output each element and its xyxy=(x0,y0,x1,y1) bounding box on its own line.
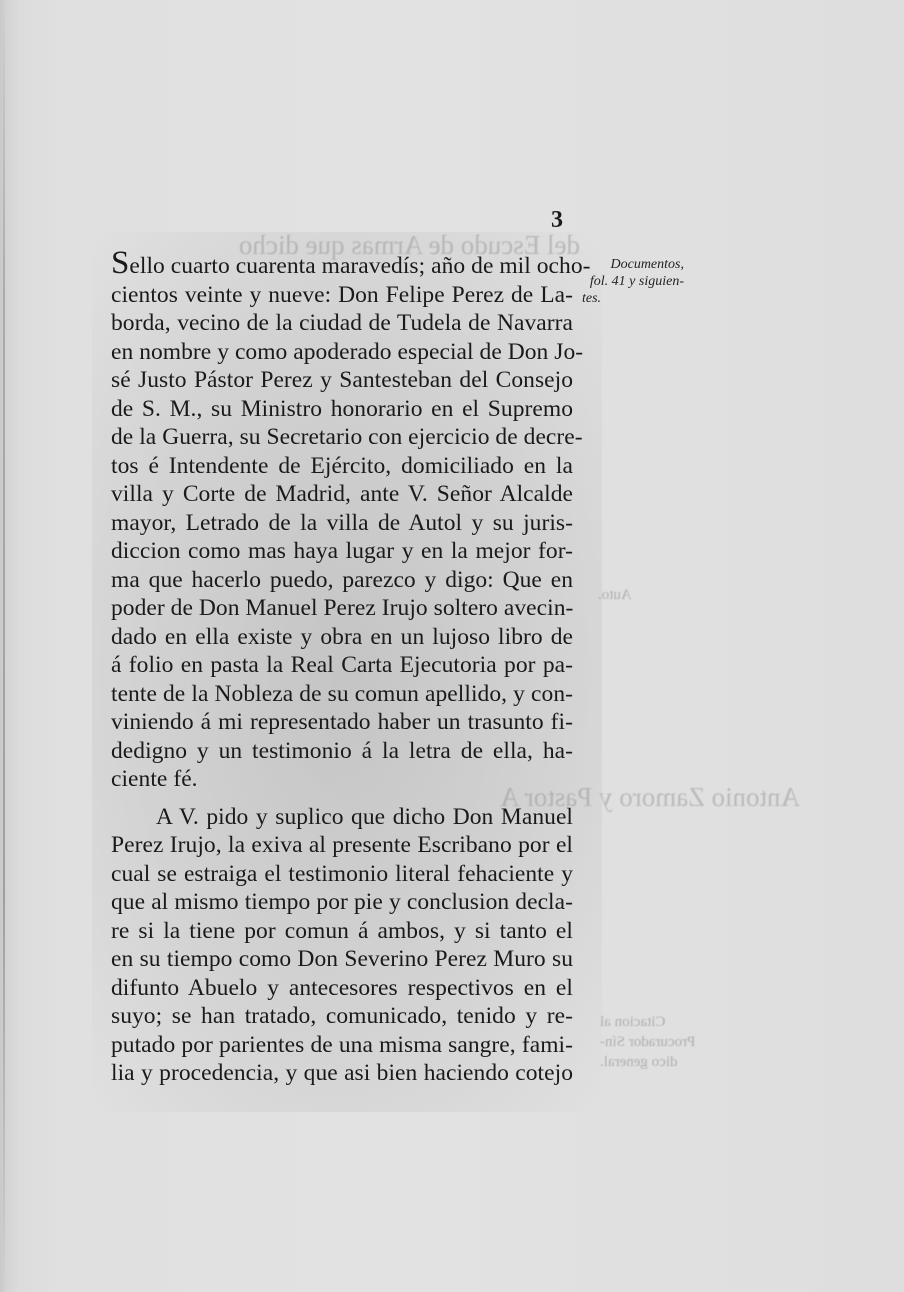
margin-note-line: fol. 41 y siguien- xyxy=(580,273,684,290)
bleed-through-note-auto: Auto. xyxy=(598,585,632,605)
scanned-page: del Escudo de Armas que dicho Don Manuel… xyxy=(0,0,904,1292)
text-line: difunto Abuelo y antecesores respectivos… xyxy=(111,974,573,1003)
text-line: Perez Irujo, la exiva al presente Escrib… xyxy=(111,831,573,860)
text-line: ma que hacerlo puedo, parezco y digo: Qu… xyxy=(111,566,573,595)
text-line: lia y procedencia, y que asi bien hacien… xyxy=(111,1059,573,1088)
text-line: villa y Corte de Madrid, ante V. Señor A… xyxy=(111,480,573,509)
text-line: suyo; se han tratado, comunicado, tenido… xyxy=(111,1002,573,1031)
text-line: mayor, Letrado de la villa de Autol y su… xyxy=(111,509,573,538)
body-text: Sello cuarto cuarenta maravedís; año de … xyxy=(111,252,573,1088)
text-line-content: ello cuarto cuarenta maravedís; año de m… xyxy=(129,253,590,279)
text-line: de la Guerra, su Secretario con ejercici… xyxy=(111,423,573,452)
text-line: en nombre y como apoderado especial de D… xyxy=(111,338,573,367)
drop-cap: S xyxy=(111,245,129,281)
text-line: dedigno y un testimonio á la letra de el… xyxy=(111,737,573,766)
bleed-through-note-citacion: Citacion al Procurador Sín- dico general… xyxy=(600,1012,695,1072)
text-line: sé Justo Pástor Perez y Santesteban del … xyxy=(111,366,573,395)
text-line: que al mismo tiempo por pie y conclusion… xyxy=(111,888,573,917)
paragraph-gap xyxy=(111,794,573,803)
text-line: cual se estraiga el testimonio literal f… xyxy=(111,860,573,889)
text-line: ciente fé. xyxy=(111,765,573,794)
text-line: A V. pido y suplico que dicho Don Manuel xyxy=(111,803,573,832)
text-line: borda, vecino de la ciudad de Tudela de … xyxy=(111,309,573,338)
text-line: dado en ella existe y obra en un lujoso … xyxy=(111,623,573,652)
text-line: diccion como mas haya lugar y en la mejo… xyxy=(111,537,573,566)
text-line: putado por parientes de una misma sangre… xyxy=(111,1031,573,1060)
paragraph-2: A V. pido y suplico que dicho Don Manuel… xyxy=(111,803,573,1088)
bleed-note-line: dico general. xyxy=(600,1052,695,1072)
text-line: viniendo á mi representado haber un tras… xyxy=(111,708,573,737)
page-number: 3 xyxy=(551,207,563,234)
text-line: poder de Don Manuel Perez Irujo soltero … xyxy=(111,594,573,623)
text-line: re si la tiene por comun á ambos, y si t… xyxy=(111,917,573,946)
text-line: á folio en pasta la Real Carta Ejecutori… xyxy=(111,651,573,680)
margin-note: Documentos, fol. 41 y siguien- tes. xyxy=(580,256,684,307)
page-gutter-edge xyxy=(3,0,5,1292)
text-line: de S. M., su Ministro honorario en el Su… xyxy=(111,395,573,424)
bleed-note-line: Procurador Sín- xyxy=(600,1032,695,1052)
margin-note-line: tes. xyxy=(580,290,684,307)
text-line: Sello cuarto cuarenta maravedís; año de … xyxy=(111,252,573,281)
bleed-note-line: Citacion al xyxy=(600,1012,695,1032)
margin-note-line: Documentos, xyxy=(580,256,684,273)
text-line: tente de la Nobleza de su comun apellido… xyxy=(111,680,573,709)
text-line: en su tiempo como Don Severino Perez Mur… xyxy=(111,945,573,974)
paragraph-1: Sello cuarto cuarenta maravedís; año de … xyxy=(111,252,573,794)
text-line: cientos veinte y nueve: Don Felipe Perez… xyxy=(111,281,573,310)
text-line: tos é Intendente de Ejército, domiciliad… xyxy=(111,452,573,481)
